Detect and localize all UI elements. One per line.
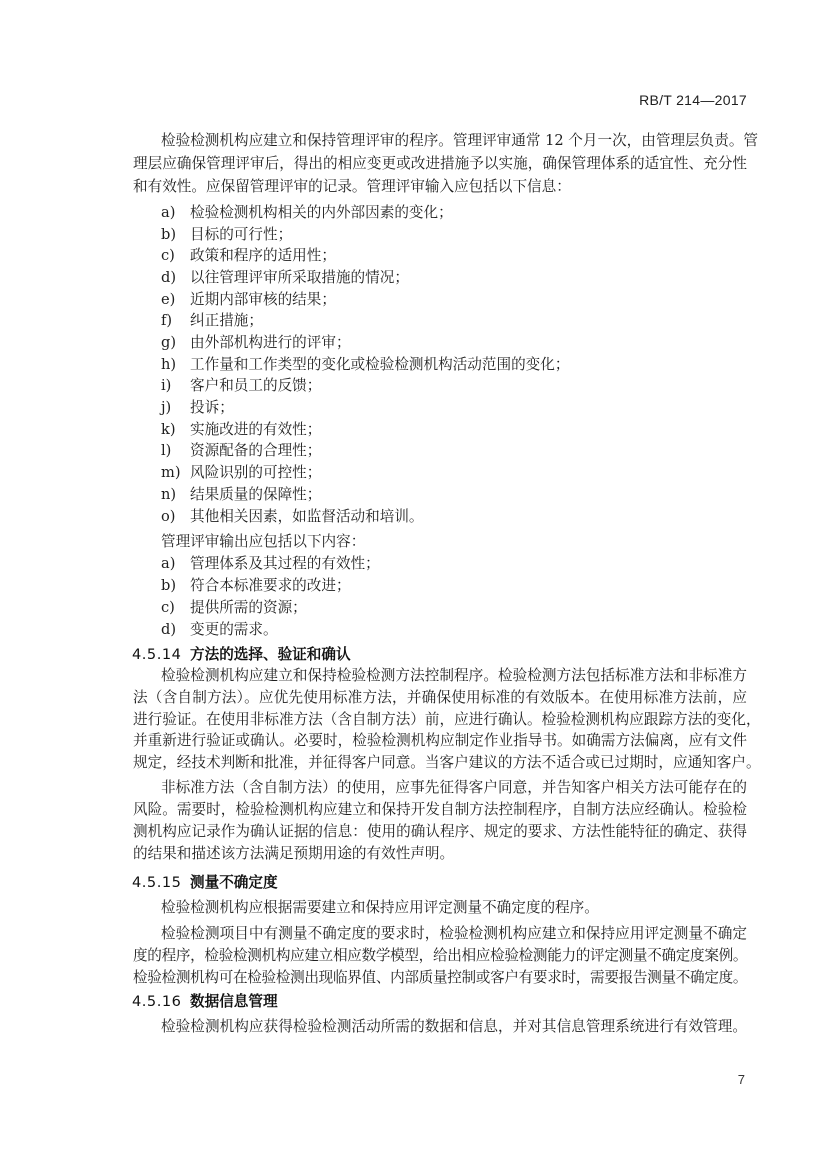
list-item: e)近期内部审核的结果； xyxy=(161,289,747,311)
paragraph-line: 和有效性。应保留管理评审的记录。管理评审输入应包括以下信息： xyxy=(133,176,747,198)
paragraph-line: 检验检测项目中有测量不确定度的要求时，检验检测机构应建立和保持应用评定测量不确定 xyxy=(161,923,747,945)
list-text: 投诉； xyxy=(190,399,234,416)
paragraph-line: 检验检测机构应根据需要建立和保持应用评定测量不确定度的程序。 xyxy=(161,897,747,919)
list-label: c) xyxy=(161,597,190,619)
list-item: b)目标的可行性； xyxy=(161,224,747,246)
list-label: n) xyxy=(161,484,190,506)
paragraph-line: 风险。需要时，检验检测机构应建立和保持开发自制方法控制程序，自制方法应经确认。检… xyxy=(133,799,747,821)
list-label: d) xyxy=(161,619,190,641)
list-label: b) xyxy=(161,575,190,597)
list-label: i) xyxy=(161,375,190,397)
list-label: m) xyxy=(161,462,190,484)
paragraph-line: 检验检测机构应获得检验检测活动所需的数据和信息，并对其信息管理系统进行有效管理。 xyxy=(161,1016,747,1038)
list-item: n)结果质量的保障性； xyxy=(161,484,747,506)
list-label: o) xyxy=(161,506,190,528)
list-item: o)其他相关因素，如监督活动和培训。 xyxy=(161,506,747,528)
list-text: 纠正措施； xyxy=(190,312,263,329)
list-label: k) xyxy=(161,419,190,441)
list-label: l) xyxy=(161,440,190,462)
list-item: d)变更的需求。 xyxy=(161,619,747,641)
paragraph-line: 进行验证。在使用非标准方法（含自制方法）前，应进行确认。检验检测机构应跟踪方法的… xyxy=(133,709,747,731)
list-item: l)资源配备的合理性； xyxy=(161,440,747,462)
output-intro: 管理评审输出应包括以下内容： xyxy=(161,531,747,553)
list-text: 检验检测机构相关的内外部因素的变化； xyxy=(190,204,453,221)
paragraph-line: 规定，经技术判断和批准，并征得客户同意。当客户建议的方法不适合或已过期时，应通知… xyxy=(133,752,747,774)
list-label: h) xyxy=(161,354,190,376)
list-label: j) xyxy=(161,397,190,419)
list-item: m)风险识别的可控性； xyxy=(161,462,747,484)
document-page: RB/T 214—2017 检验检测机构应建立和保持管理评审的程序。管理评审通常… xyxy=(0,0,827,1170)
list-item: a)检验检测机构相关的内外部因素的变化； xyxy=(161,202,747,224)
list-text: 工作量和工作类型的变化或检验检测机构活动范围的变化； xyxy=(190,356,569,373)
list-text: 目标的可行性； xyxy=(190,226,292,243)
section-title: 数据信息管理 xyxy=(190,993,278,1010)
list-text: 管理体系及其过程的有效性； xyxy=(190,555,380,572)
list-label: e) xyxy=(161,289,190,311)
list-text: 近期内部审核的结果； xyxy=(190,291,336,308)
list-text: 资源配备的合理性； xyxy=(190,442,321,459)
page-number: 7 xyxy=(738,1072,745,1087)
list-label: d) xyxy=(161,267,190,289)
list-text: 以往管理评审所采取措施的情况； xyxy=(190,269,409,286)
list-text: 提供所需的资源； xyxy=(190,599,307,616)
list-text: 结果质量的保障性； xyxy=(190,486,321,503)
section-heading-4-5-15: 4.5.15测量不确定度 xyxy=(132,872,278,894)
list-item: d)以往管理评审所采取措施的情况； xyxy=(161,267,747,289)
document-number: RB/T 214—2017 xyxy=(639,92,747,108)
paragraph-line: 的结果和描述该方法满足预期用途的有效性声明。 xyxy=(133,843,747,865)
paragraph-line: 检验检测机构应建立和保持管理评审的程序。管理评审通常 12 个月一次，由管理层负… xyxy=(161,130,747,152)
paragraph-line: 检验检测机构可在检验检测出现临界值、内部质量控制或客户有要求时，需要报告测量不确… xyxy=(133,967,747,989)
paragraph-line: 度的程序，检验检测机构应建立相应数学模型，给出相应检验检测能力的评定测量不确定度… xyxy=(133,945,747,967)
section-number: 4.5.15 xyxy=(132,872,190,894)
list-text: 政策和程序的适用性； xyxy=(190,247,336,264)
list-item: h)工作量和工作类型的变化或检验检测机构活动范围的变化； xyxy=(161,354,747,376)
list-text: 客户和员工的反馈； xyxy=(190,377,321,394)
section-number: 4.5.16 xyxy=(132,991,190,1013)
section-heading-4-5-14: 4.5.14方法的选择、验证和确认 xyxy=(132,644,351,666)
section-heading-4-5-16: 4.5.16数据信息管理 xyxy=(132,991,278,1013)
list-label: c) xyxy=(161,245,190,267)
paragraph-line: 并重新进行验证或确认。必要时，检验检测机构应制定作业指导书。如确需方法偏离，应有… xyxy=(133,730,747,752)
list-label: b) xyxy=(161,224,190,246)
list-item: g)由外部机构进行的评审； xyxy=(161,332,747,354)
list-text: 变更的需求。 xyxy=(190,621,278,638)
section-title: 方法的选择、验证和确认 xyxy=(190,646,351,663)
list-label: f) xyxy=(161,310,190,332)
paragraph-line: 法（含自制方法）。应优先使用标准方法，并确保使用标准的有效版本。在使用标准方法前… xyxy=(133,687,747,709)
paragraph-line: 检验检测机构应建立和保持检验检测方法控制程序。检验检测方法包括标准方法和非标准方 xyxy=(161,665,747,687)
list-item: b)符合本标准要求的改进； xyxy=(161,575,747,597)
list-item: c)提供所需的资源； xyxy=(161,597,747,619)
list-item: i)客户和员工的反馈； xyxy=(161,375,747,397)
list-label: a) xyxy=(161,202,190,224)
paragraph-line: 非标准方法（含自制方法）的使用，应事先征得客户同意，并告知客户相关方法可能存在的 xyxy=(161,777,747,799)
list-text: 实施改进的有效性； xyxy=(190,421,321,438)
section-title: 测量不确定度 xyxy=(190,874,278,891)
list-label: a) xyxy=(161,553,190,575)
list-item: f)纠正措施； xyxy=(161,310,747,332)
paragraph-line: 测机构应记录作为确认证据的信息：使用的确认程序、规定的要求、方法性能特征的确定、… xyxy=(133,821,747,843)
paragraph-line: 理层应确保管理评审后，得出的相应变更或改进措施予以实施，确保管理体系的适宜性、充… xyxy=(133,153,747,175)
list-item: c)政策和程序的适用性； xyxy=(161,245,747,267)
list-text: 其他相关因素，如监督活动和培训。 xyxy=(190,508,424,525)
list-item: k)实施改进的有效性； xyxy=(161,419,747,441)
list-text: 由外部机构进行的评审； xyxy=(190,334,351,351)
list-text: 风险识别的可控性； xyxy=(190,464,321,481)
list-label: g) xyxy=(161,332,190,354)
list-item: a)管理体系及其过程的有效性； xyxy=(161,553,747,575)
list-text: 符合本标准要求的改进； xyxy=(190,577,351,594)
section-number: 4.5.14 xyxy=(132,644,190,666)
list-item: j)投诉； xyxy=(161,397,747,419)
